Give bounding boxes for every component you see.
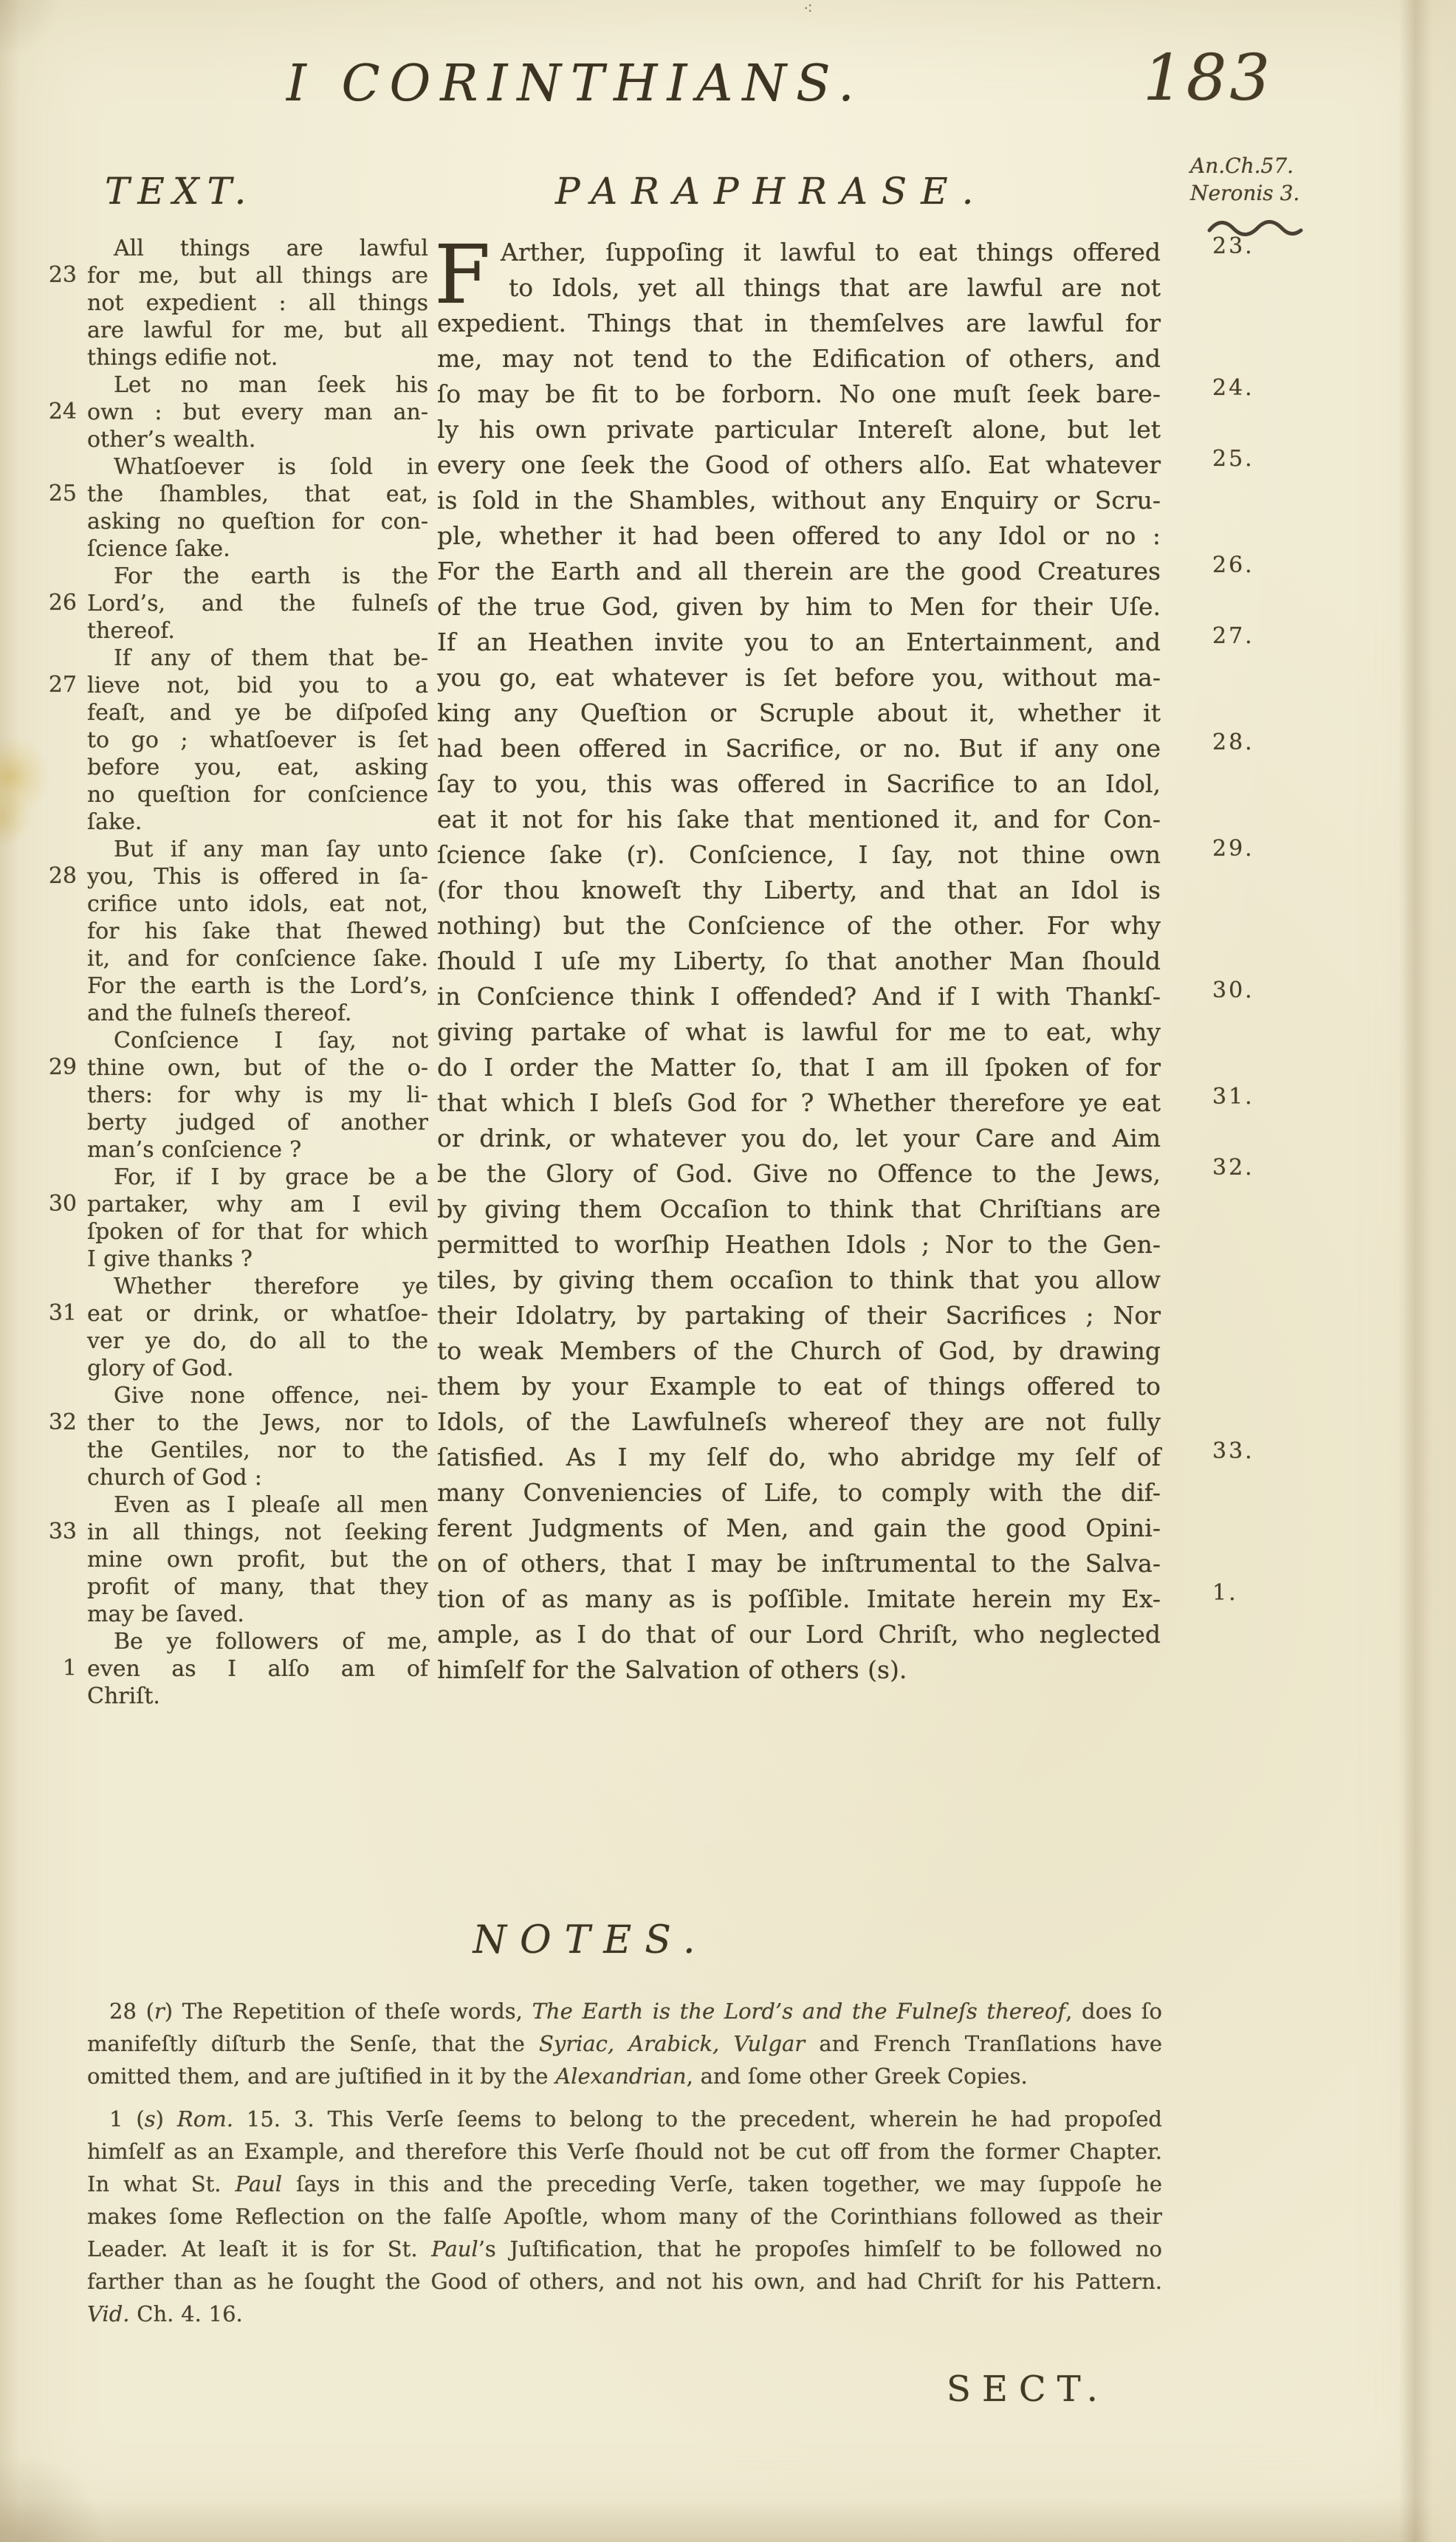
verse-number: 24 (31, 399, 77, 425)
paraphrase-line: me, may not tend to the Edification of o… (437, 341, 1161, 377)
book-page: ⁖ I CORINTHIANS. 183 An.Ch.57. Neronis 3… (0, 0, 1456, 2542)
text-verse-line: I give thanks ? (87, 1246, 428, 1273)
text-verse: 31Whether therefore yeeat or drink, or w… (87, 1273, 428, 1382)
catchword: SECT. (947, 2368, 1109, 2410)
note-italic-text: Vid. (87, 2301, 130, 2326)
note-text: ſays in this and the preceding Verſe, ta… (282, 2171, 1162, 2196)
notes-header: NOTES. (399, 1918, 783, 1962)
text-verse-line: ſake. (87, 808, 428, 836)
paraphrase-line: them by your Example to eat of things of… (437, 1369, 1161, 1404)
paraphrase-line: ſcience ſake (r). Conſcience, I ſay, not… (437, 837, 1161, 873)
paraphrase-line: permitted to worſhip Heathen Idols ; Nor… (437, 1227, 1161, 1263)
note-text: 1 ( (109, 2106, 145, 2131)
text-verse-line: glory of God. (87, 1355, 428, 1382)
verse-number: 25 (31, 481, 77, 506)
text-verse-line: But if any man ſay unto (87, 836, 428, 863)
text-verse: 23All things are lawfulfor me, but all t… (87, 235, 428, 371)
note-italic-text: r (154, 1999, 165, 2024)
text-verse: 26For the earth is theLord’s, and the fu… (87, 563, 428, 645)
text-verse-line: thers: for why is my li- (87, 1082, 428, 1109)
text-verse-line: profit of many, that they (87, 1573, 428, 1601)
paraphrase-line: (for thou knoweſt thy Liberty, and that … (437, 873, 1161, 908)
text-verse-line: Be ye followers of me, (87, 1628, 428, 1655)
page-title: I CORINTHIANS. (286, 55, 864, 113)
text-verse-line: crifice unto idols, eat not, (87, 890, 428, 918)
note-text: ) (156, 2106, 177, 2131)
text-verse-line: For the earth is the (87, 563, 428, 590)
note-line: omitted them, and are juſtified in it by… (87, 2060, 1162, 2092)
text-verse-line: may be ſaved. (87, 1601, 428, 1628)
text-verse-line: Whatſoever is ſold in (87, 453, 428, 481)
note-text: , does ſo (1065, 1999, 1162, 2024)
text-verse-line: thine own, but of the o- (87, 1054, 428, 1082)
text-verse: 27If any of them that be-lieve not, bid … (87, 645, 428, 836)
page-number: 183 (1143, 41, 1273, 115)
paraphrase-line: you go, eat whatever is ſet before you, … (437, 660, 1161, 695)
paraphrase-column-header: PARAPHRASE. (555, 170, 988, 213)
paraphrase-line: every one ſeek the Good of others alſo. … (437, 447, 1161, 483)
text-column-header: TEXT. (105, 170, 254, 213)
verse-number: 23 (31, 262, 77, 288)
text-verse-line: Give none offence, nei- (87, 1382, 428, 1409)
text-verse-line: For, if I by grace be a (87, 1164, 428, 1191)
note-italic-text: Paul (431, 2236, 478, 2261)
note-text: ) The Repetition of theſe words, (165, 1999, 532, 2024)
note-text: 28 ( (109, 1999, 154, 2024)
paraphrase-line: nothing) but the Conſcience of the other… (437, 908, 1161, 944)
note-italic-text: The Earth is the Lord’s and the Fulneſs … (532, 1999, 1066, 2024)
note-line: In what St. Paul ſays in this and the pr… (87, 2168, 1162, 2200)
drop-cap: F (434, 239, 490, 310)
paraphrase-line: eat it not for his ſake that mentioned i… (437, 802, 1161, 837)
paraphrase-line: Idols, of the Lawfulneſs whereof they ar… (437, 1404, 1161, 1440)
paraphrase-line: had been offered in Sacrifice, or no. Bu… (437, 731, 1161, 766)
note-line: himſelf as an Example, and therefore thi… (87, 2135, 1162, 2168)
annal-margin-note: An.Ch.57. Neronis 3. (1190, 152, 1299, 207)
paraphrase-line: ſay to you, this was offered in Sacrific… (437, 766, 1161, 802)
verse-number: 29 (31, 1054, 77, 1080)
text-verse: 32Give none offence, nei-ther to the Jew… (87, 1382, 428, 1491)
paraphrase-line: ſhould I uſe my Liberty, ſo that another… (437, 944, 1161, 979)
text-verse-line: Conſcience I ſay, not (87, 1027, 428, 1054)
text-verse-line: ſpoken of for that for which (87, 1218, 428, 1246)
text-verse-line: feaſt, and ye be diſpoſed (87, 699, 428, 726)
paraphrase-line: For the Earth and all therein are the go… (437, 554, 1161, 589)
note-line: 28 (r) The Repetition of theſe words, Th… (87, 1995, 1162, 2027)
paraphrase-verse-number: 32. (1212, 1155, 1254, 1181)
text-verse: 33Even as I pleaſe all menin all things,… (87, 1491, 428, 1628)
paraphrase-line: in Conſcience think I offended? And if I… (437, 979, 1161, 1014)
note-line: Leader. At leaſt it is for St. Paul’s Ju… (87, 2233, 1162, 2265)
note-text: farther than as he ſought the Good of ot… (87, 2269, 1162, 2294)
text-verse-line: no queſtion for conſcience (87, 781, 428, 808)
text-verse-line: lieve not, bid you to a (87, 672, 428, 699)
ink-speck: ⁖ (803, 0, 813, 18)
text-verse-line: Even as I pleaſe all men (87, 1491, 428, 1519)
text-verse-line: are lawful for me, but all (87, 317, 428, 344)
paraphrase-line: ly his own private particular Intereſt a… (437, 412, 1161, 447)
text-verse-line: For the earth is the Lord’s, (87, 972, 428, 1000)
text-verse-line: Let no man ſeek his (87, 371, 428, 399)
note-text: Leader. At leaſt it is for St. (87, 2236, 431, 2261)
text-verse-line: it, and for conſcience ſake. (87, 945, 428, 972)
note-italic-text: Paul (236, 2171, 282, 2196)
paraphrase-verse-number: 26. (1212, 552, 1254, 578)
note-item: 1 (s) Rom. 15. 3. This Verſe ſeems to be… (87, 2103, 1162, 2330)
note-item: 28 (r) The Repetition of theſe words, Th… (87, 1995, 1162, 2092)
text-verse-line: asking no queſtion for con- (87, 508, 428, 535)
paraphrase-line: tiles, by giving them occaſion to think … (437, 1263, 1161, 1298)
note-line: farther than as he ſought the Good of ot… (87, 2265, 1162, 2298)
note-text: , and ſome other Greek Copies. (687, 2064, 1028, 2089)
text-column: 23All things are lawfulfor me, but all t… (87, 235, 428, 1710)
paraphrase-line: is ſold in the Shambles, without any Enq… (437, 483, 1161, 518)
paraphrase-verse-number: 28. (1212, 729, 1254, 755)
paraphrase-line: to Idols, yet all things that are lawful… (437, 270, 1161, 306)
verse-number: 28 (31, 863, 77, 889)
text-verse-line: ſcience ſake. (87, 535, 428, 563)
verse-number: 26 (31, 590, 77, 616)
text-column-verses: 23All things are lawfulfor me, but all t… (87, 235, 428, 1710)
paraphrase-line: do I order the Matter ſo, that I am ill … (437, 1050, 1161, 1085)
paraphrase-column: F Arther, ſuppoſing it lawful to eat thi… (437, 235, 1161, 1688)
paraphrase-line: ferent Judgments of Men, and gain the go… (437, 1511, 1161, 1546)
paraphrase-line: If an Heathen invite you to an Entertain… (437, 625, 1161, 660)
text-verse-line: the Gentiles, nor to the (87, 1437, 428, 1464)
text-verse-line: thereof. (87, 617, 428, 645)
note-text: 15. 3. This Verſe ſeems to belong to the… (233, 2106, 1162, 2131)
text-verse: 30For, if I by grace be apartaker, why a… (87, 1164, 428, 1273)
note-text: manifeſtly diſturb the Senſe, that the (87, 2031, 539, 2056)
text-verse-line: even as I alſo am of (87, 1655, 428, 1683)
note-text: makes ſome Reflection on the falſe Apoſt… (87, 2204, 1162, 2229)
paraphrase-verse-number: 31. (1212, 1084, 1254, 1110)
note-italic-text: Rom. (177, 2106, 233, 2131)
text-verse-line: for me, but all things are (87, 262, 428, 289)
paraphrase-line: by giving them Occaſion to think that Ch… (437, 1192, 1161, 1227)
paraphrase-line: expedient. Things that in themſelves are… (437, 306, 1161, 341)
paraphrase-line: many Conveniencies of Life, to comply wi… (437, 1475, 1161, 1511)
paraphrase-line: king any Queſtion or Scruple about it, w… (437, 695, 1161, 731)
annal-line-2: Neronis 3. (1190, 179, 1299, 207)
note-text: Ch. 4. 16. (130, 2301, 243, 2326)
annal-line-1: An.Ch.57. (1190, 152, 1299, 179)
paraphrase-line: ſatisfied. As I my ſelf do, who abridge … (437, 1440, 1161, 1475)
text-verse-line: eat or drink, or whatſoe- (87, 1300, 428, 1327)
text-verse: 28But if any man ſay untoyou, This is of… (87, 836, 428, 1027)
paraphrase-line: or drink, or whatever you do, let your C… (437, 1121, 1161, 1156)
paraphrase-line: their Idolatry, by partaking of their Sa… (437, 1298, 1161, 1333)
note-text: himſelf as an Example, and therefore thi… (87, 2139, 1162, 2164)
paraphrase-verse-number: 1. (1212, 1580, 1238, 1606)
paraphrase-line: be the Glory of God. Give no Offence to … (437, 1156, 1161, 1192)
paraphrase-line: Arther, ſuppoſing it lawful to eat thing… (437, 235, 1161, 270)
paraphrase-verse-number: 27. (1212, 623, 1254, 649)
text-verse-line: If any of them that be- (87, 645, 428, 672)
verse-number: 31 (31, 1300, 77, 1326)
paraphrase-line: giving partake of what is lawful for me … (437, 1014, 1161, 1050)
text-verse-line: man’s conſcience ? (87, 1136, 428, 1164)
text-verse: 29Conſcience I ſay, notthine own, but of… (87, 1027, 428, 1164)
paraphrase-line: ple, whether it had been offered to any … (437, 518, 1161, 554)
paraphrase-verse-number: 30. (1212, 978, 1254, 1003)
verse-number: 30 (31, 1191, 77, 1217)
verse-number: 27 (31, 672, 77, 698)
text-verse-line: and the fulneſs thereof. (87, 1000, 428, 1027)
text-verse-line: church of God : (87, 1464, 428, 1491)
text-verse-line: things edifie not. (87, 344, 428, 371)
text-verse-line: partaker, why am I evil (87, 1191, 428, 1218)
text-verse: 24Let no man ſeek hisown : but every man… (87, 371, 428, 453)
paraphrase-verse-number: 24. (1212, 375, 1254, 401)
text-verse-line: own : but every man an- (87, 399, 428, 426)
notes-body: 28 (r) The Repetition of theſe words, Th… (87, 1995, 1162, 2330)
text-verse-line: ther to the Jews, nor to (87, 1409, 428, 1437)
paraphrase-line: that which I bleſs God for ? Whether the… (437, 1085, 1161, 1121)
text-verse-line: Whether therefore ye (87, 1273, 428, 1300)
paraphrase-line: to weak Members of the Church of God, by… (437, 1333, 1161, 1369)
paraphrase-line: himſelf for the Salvation of others (s). (437, 1652, 1161, 1688)
note-text: and French Tranſlations have (805, 2031, 1162, 2056)
note-italic-text: Alexandrian (555, 2064, 686, 2089)
text-verse-line: you, This is offered in ſa- (87, 863, 428, 890)
text-verse: 1Be ye followers of me,even as I alſo am… (87, 1628, 428, 1710)
text-verse-line: All things are lawful (87, 235, 428, 262)
paraphrase-line: ſo may be fit to be forborn. No one muſt… (437, 377, 1161, 412)
text-verse-line: Lord’s, and the fulneſs (87, 590, 428, 617)
note-line: makes ſome Reflection on the falſe Apoſt… (87, 2200, 1162, 2233)
paraphrase-line: on of others, that I may be inſtrumental… (437, 1546, 1161, 1581)
note-line: Vid. Ch. 4. 16. (87, 2298, 1162, 2330)
text-verse-line: before you, eat, asking (87, 754, 428, 781)
note-text: ’s Juſtification, that he propoſes himſe… (478, 2236, 1162, 2261)
paraphrase-verse-number: 29. (1212, 836, 1254, 862)
note-italic-text: Syriac, Arabick, Vulgar (539, 2031, 805, 2056)
paraphrase-line: of the true God, given by him to Men for… (437, 589, 1161, 625)
paraphrase-verse-number: 25. (1212, 446, 1254, 472)
paraphrase-verse-number: 33. (1212, 1438, 1254, 1464)
paraphrase-line: tion of as many as is poſſible. Imitate … (437, 1581, 1161, 1617)
text-verse-line: ver ye do, do all to the (87, 1327, 428, 1355)
note-italic-text: s (145, 2106, 156, 2131)
text-verse-line: not expedient : all things (87, 289, 428, 317)
verse-number: 1 (31, 1655, 77, 1681)
text-verse-line: to go ; whatſoever is ſet (87, 726, 428, 754)
text-verse-line: Chriſt. (87, 1683, 428, 1710)
text-verse-line: mine own profit, but the (87, 1546, 428, 1573)
text-verse-line: other’s wealth. (87, 426, 428, 453)
note-text: In what St. (87, 2171, 236, 2196)
text-verse-line: the ſhambles, that eat, (87, 481, 428, 508)
paraphrase-verse-number: 23. (1212, 233, 1254, 259)
verse-number: 33 (31, 1519, 77, 1545)
text-verse-line: berty judged of another (87, 1109, 428, 1136)
note-line: 1 (s) Rom. 15. 3. This Verſe ſeems to be… (87, 2103, 1162, 2135)
text-verse: 25Whatſoever is ſold inthe ſhambles, tha… (87, 453, 428, 563)
paraphrase-line: ample, as I do that of our Lord Chriſt, … (437, 1617, 1161, 1652)
verse-number: 32 (31, 1409, 77, 1435)
note-text: omitted them, and are juſtified in it by… (87, 2064, 555, 2089)
text-verse-line: for his ſake that ſhewed (87, 918, 428, 945)
text-verse-line: in all things, not ſeeking (87, 1519, 428, 1546)
note-line: manifeſtly diſturb the Senſe, that the S… (87, 2027, 1162, 2060)
paraphrase-lines: Arther, ſuppoſing it lawful to eat thing… (437, 235, 1161, 1688)
